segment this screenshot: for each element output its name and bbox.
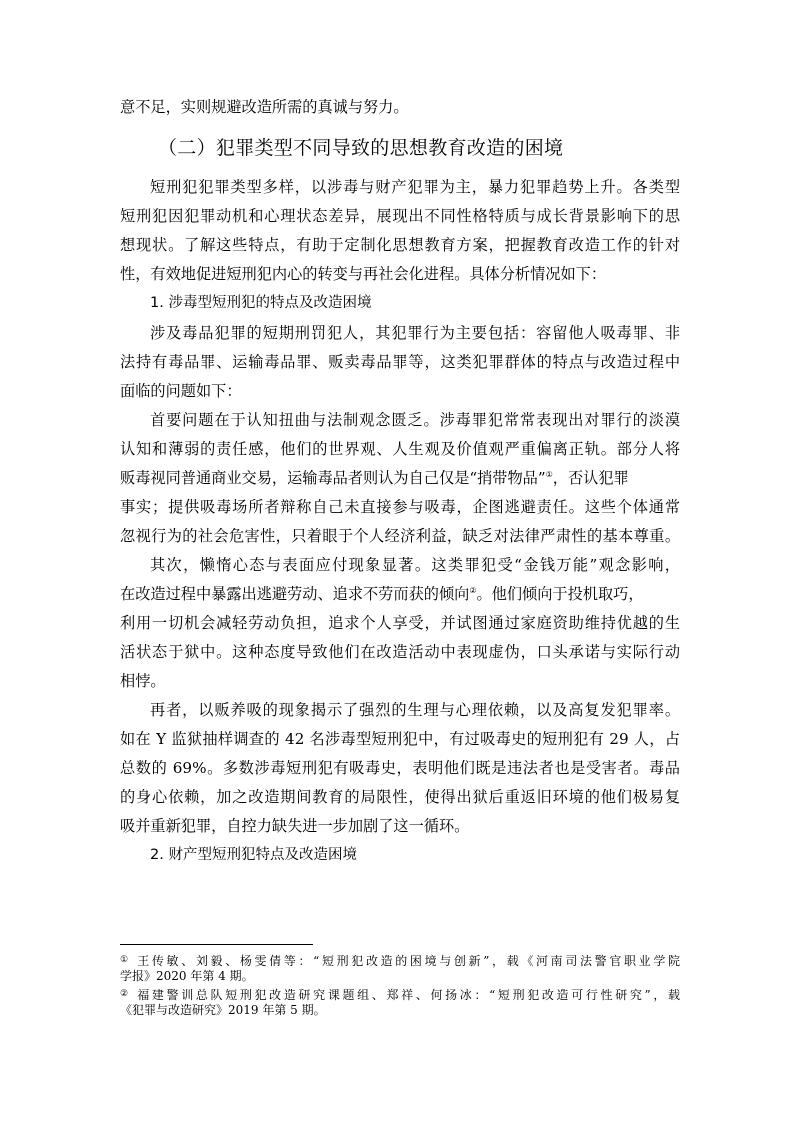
- paragraph-line: 法持有毒品罪、运输毒品罪、贩卖毒品罪等，这类犯罪群体的特点与改造过程中: [120, 352, 680, 372]
- footnote-ref-1[interactable]: ①: [546, 470, 553, 479]
- document-page: 意不足，实则规避改造所需的真诚与努力。 （二）犯罪类型不同导致的思想教育改造的困…: [0, 0, 793, 1122]
- paragraph-line: 活状态于狱中。这种态度导致他们在改造活动中表现虚伪，口头承诺与实际行动: [120, 642, 680, 662]
- continuation-line: 意不足，实则规避改造所需的真诚与努力。: [120, 97, 680, 117]
- footnote-line: ① 王传敏、刘毅、杨雯倩等：“短刑犯改造的困境与创新”，载《河南司法警官职业学院: [120, 952, 680, 969]
- footnote-line: 《犯罪与改造研究》2019 年第 5 期。: [120, 1002, 680, 1018]
- footnote-line: 学报》2020 年第 4 期。: [120, 968, 680, 984]
- paragraph-line: 其次，懒惰心态与表面应付现象显著。这类罪犯受“金钱万能”观念影响，: [150, 555, 680, 575]
- section-heading: （二）犯罪类型不同导致的思想教育改造的困境: [158, 136, 563, 160]
- paragraph-line: 首要问题在于认知扭曲与法制观念匮乏。涉毒罪犯常常表现出对罪行的淡漠: [150, 410, 680, 430]
- paragraph-line: 贩毒视同普通商业交易，运输毒品者则认为自己仅是“捎带物品”①，否认犯罪: [120, 468, 680, 488]
- paragraph-line: 总数的 69%。多数涉毒短刑犯有吸毒史，表明他们既是违法者也是受害者。毒品: [120, 758, 680, 778]
- paragraph-line: 事实；提供吸毒场所者辩称自己未直接参与吸毒，企图逃避责任。这些个体通常: [120, 497, 680, 517]
- paragraph-line: 涉及毒品犯罪的短期刑罚犯人，其犯罪行为主要包括：容留他人吸毒罪、非: [150, 323, 680, 343]
- footnote-mark: ①: [120, 955, 131, 965]
- paragraph-line: 性，有效地促进短刑犯内心的转变与再社会化进程。具体分析情况如下：: [120, 264, 680, 284]
- paragraph-line: 认知和薄弱的责任感，他们的世界观、人生观及价值观严重偏离正轨。部分人将: [120, 439, 680, 459]
- footnote-line: ② 福建警训总队短刑犯改造研究课题组、郑祥、何扬冰：“短刑犯改造可行性研究”，载: [120, 986, 680, 1003]
- footnote-separator: [120, 944, 313, 945]
- paragraph-line: 面临的问题如下：: [120, 381, 680, 401]
- paragraph-line: 忽视行为的社会危害性，只着眼于个人经济利益，缺乏对法律严肃性的基本尊重。: [120, 526, 680, 546]
- paragraph-line: 相悖。: [120, 671, 680, 691]
- paragraph-line: 在改造过程中暴露出逃避劳动、追求不劳而获的倾向②。他们倾向于投机取巧，: [120, 584, 680, 604]
- paragraph-line: 吸并重新犯罪，自控力缺失进一步加剧了这一循环。: [120, 816, 680, 836]
- paragraph-line: 的身心依赖，加之改造期间教育的局限性，使得出狱后重返旧环境的他们极易复: [120, 787, 680, 807]
- footnote-mark: ②: [120, 989, 131, 999]
- paragraph-line: 短刑犯因犯罪动机和心理状态差异，展现出不同性格特质与成长背景影响下的思: [120, 206, 680, 226]
- paragraph-line: 利用一切机会减轻劳动负担，追求个人享受，并试图通过家庭资助维持优越的生: [120, 613, 680, 633]
- paragraph-line: 如在 Y 监狱抽样调查的 42 名涉毒型短刑犯中，有过吸毒史的短刑犯有 29 人…: [120, 729, 680, 749]
- subheading-property-offenders: 2. 财产型短刑犯特点及改造困境: [150, 845, 357, 865]
- paragraph-line: 再者，以贩养吸的现象揭示了强烈的生理与心理依赖，以及高复发犯罪率。: [150, 700, 680, 720]
- paragraph-line: 短刑犯犯罪类型多样，以涉毒与财产犯罪为主，暴力犯罪趋势上升。各类型: [150, 177, 680, 197]
- paragraph-line: 想现状。了解这些特点，有助于定制化思想教育方案，把握教育改造工作的针对: [120, 235, 680, 255]
- subheading-drug-offenders: 1. 涉毒型短刑犯的特点及改造困境: [150, 293, 371, 313]
